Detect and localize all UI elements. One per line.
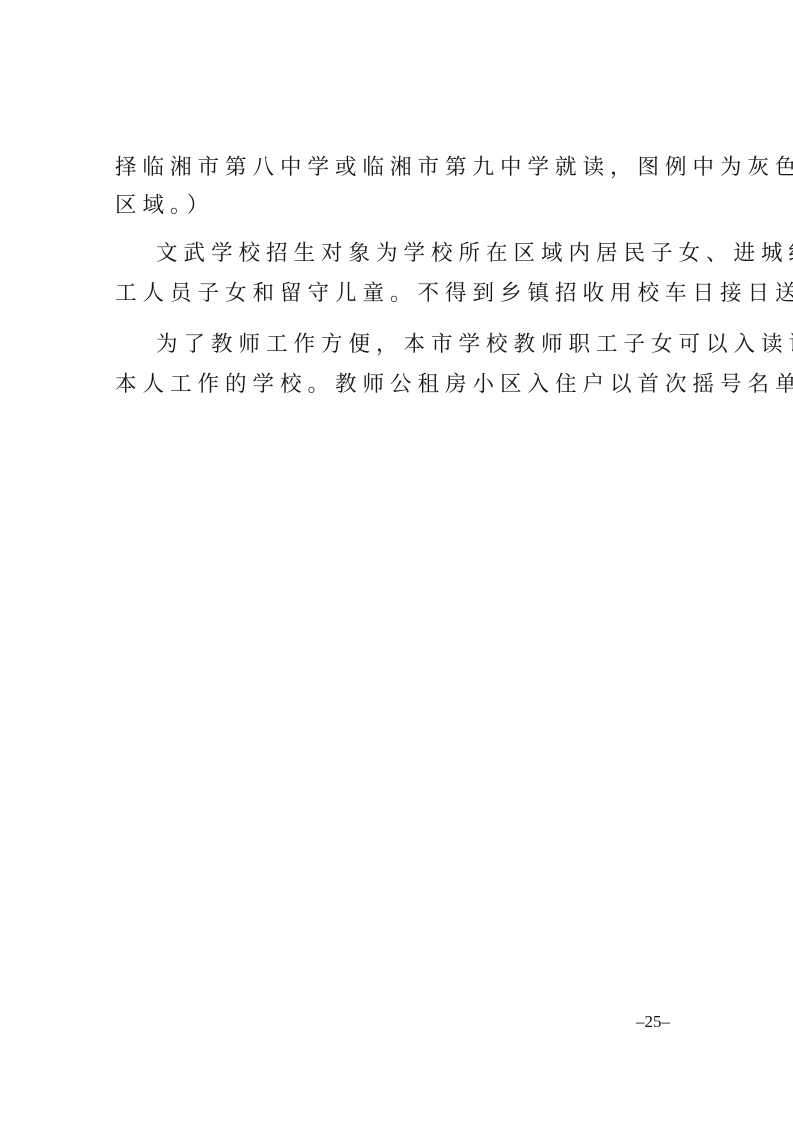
text-line: 工人员子女和留守儿童。不得到乡镇招收用校车日接日送的学生。 <box>115 279 715 309</box>
page-number: –25– <box>636 1012 670 1032</box>
document-page: 择临湘市第八中学或临湘市第九中学就读，图例中为灰色反斜线 区域。） 文武学校招生… <box>0 0 793 1122</box>
text-line: 文武学校招生对象为学校所在区域内居民子女、进城经商务 <box>156 239 756 269</box>
text-line: 为了教师工作方便，本市学校教师职工子女可以入读该教职工 <box>156 330 756 360</box>
text-line: 区域。） <box>115 191 715 221</box>
text-line: 本人工作的学校。教师公租房小区入住户以首次摇号名单为准。 <box>115 370 715 400</box>
text-line: 择临湘市第八中学或临湘市第九中学就读，图例中为灰色反斜线 <box>115 153 715 183</box>
